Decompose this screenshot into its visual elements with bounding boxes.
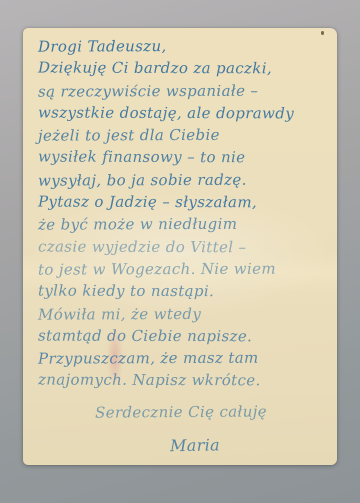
salutation-line: Drogi Tadeuszu, (38, 34, 324, 58)
handwritten-line: wysyłaj, bo ja sobie radzę. (38, 168, 324, 192)
closing-line: Serdecznie Cię całuję (38, 400, 324, 424)
handwritten-line: stamtąd do Ciebie napisze. (38, 324, 324, 347)
handwritten-line: że być może w niedługim (38, 213, 324, 237)
handwritten-line: czasie wyjedzie do Vittel – (38, 235, 324, 258)
handwritten-line: to jest w Wogezach. Nie wiem (38, 257, 324, 281)
handwritten-line: Pytasz o Jadzię – słyszałam, (38, 191, 324, 214)
handwritten-line: Przypuszczam, że masz tam (38, 347, 324, 371)
letter-paper: Drogi Tadeuszu, Dziękuję Ci bardzo za pa… (23, 28, 337, 465)
handwritten-line: Mówiła mi, że wtedy (38, 302, 324, 326)
handwritten-line: wysiłek finansowy – to nie (38, 146, 324, 169)
handwritten-line: Dziękuję Ci bardzo za paczki, (38, 57, 324, 80)
handwritten-line: jeżeli to jest dla Ciebie (38, 124, 324, 148)
letter-text: Drogi Tadeuszu, Dziękuję Ci bardzo za pa… (38, 35, 324, 457)
handwritten-line: tylko kiedy to nastąpi. (38, 280, 324, 303)
photo-background: { "photo": { "background_color": "#9a9c9… (0, 0, 360, 503)
signature-line: Maria (38, 432, 324, 459)
handwritten-line: wszystkie dostaję, ale doprawdy (38, 101, 324, 124)
handwritten-line: znajomych. Napisz wkrótce. (38, 369, 324, 392)
handwritten-line: są rzeczywiście wspaniałe – (38, 79, 324, 103)
